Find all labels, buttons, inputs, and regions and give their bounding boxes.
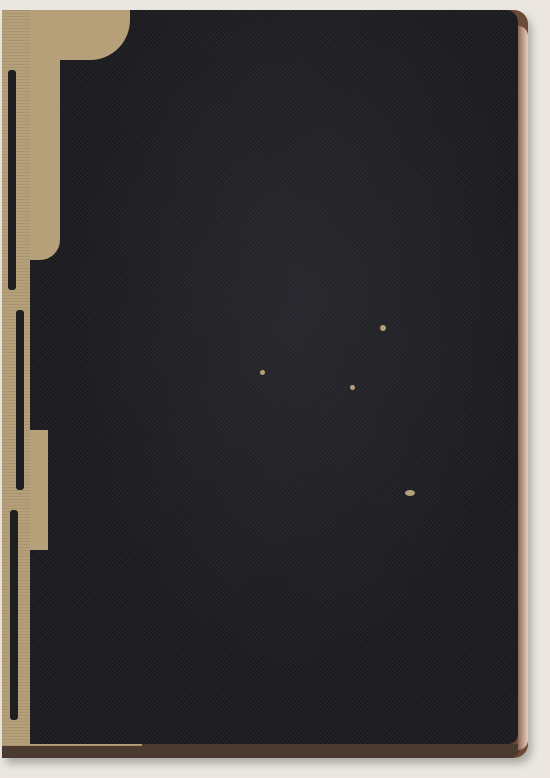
page-edge [518,26,528,750]
cover-wear-patch [30,10,130,60]
spine-wear-mark [16,310,24,490]
cover-speck [380,325,386,331]
cover-wear-patch [30,430,48,550]
spine-wear-mark [8,70,16,290]
cover-speck [350,385,355,390]
cover-speck [405,490,415,496]
book [2,10,528,758]
spine-wear-mark [10,510,18,720]
cover-wear-patch [30,60,60,260]
book-bottom-edge [2,744,520,758]
cover-speck [260,370,265,375]
black-cover [30,10,518,744]
